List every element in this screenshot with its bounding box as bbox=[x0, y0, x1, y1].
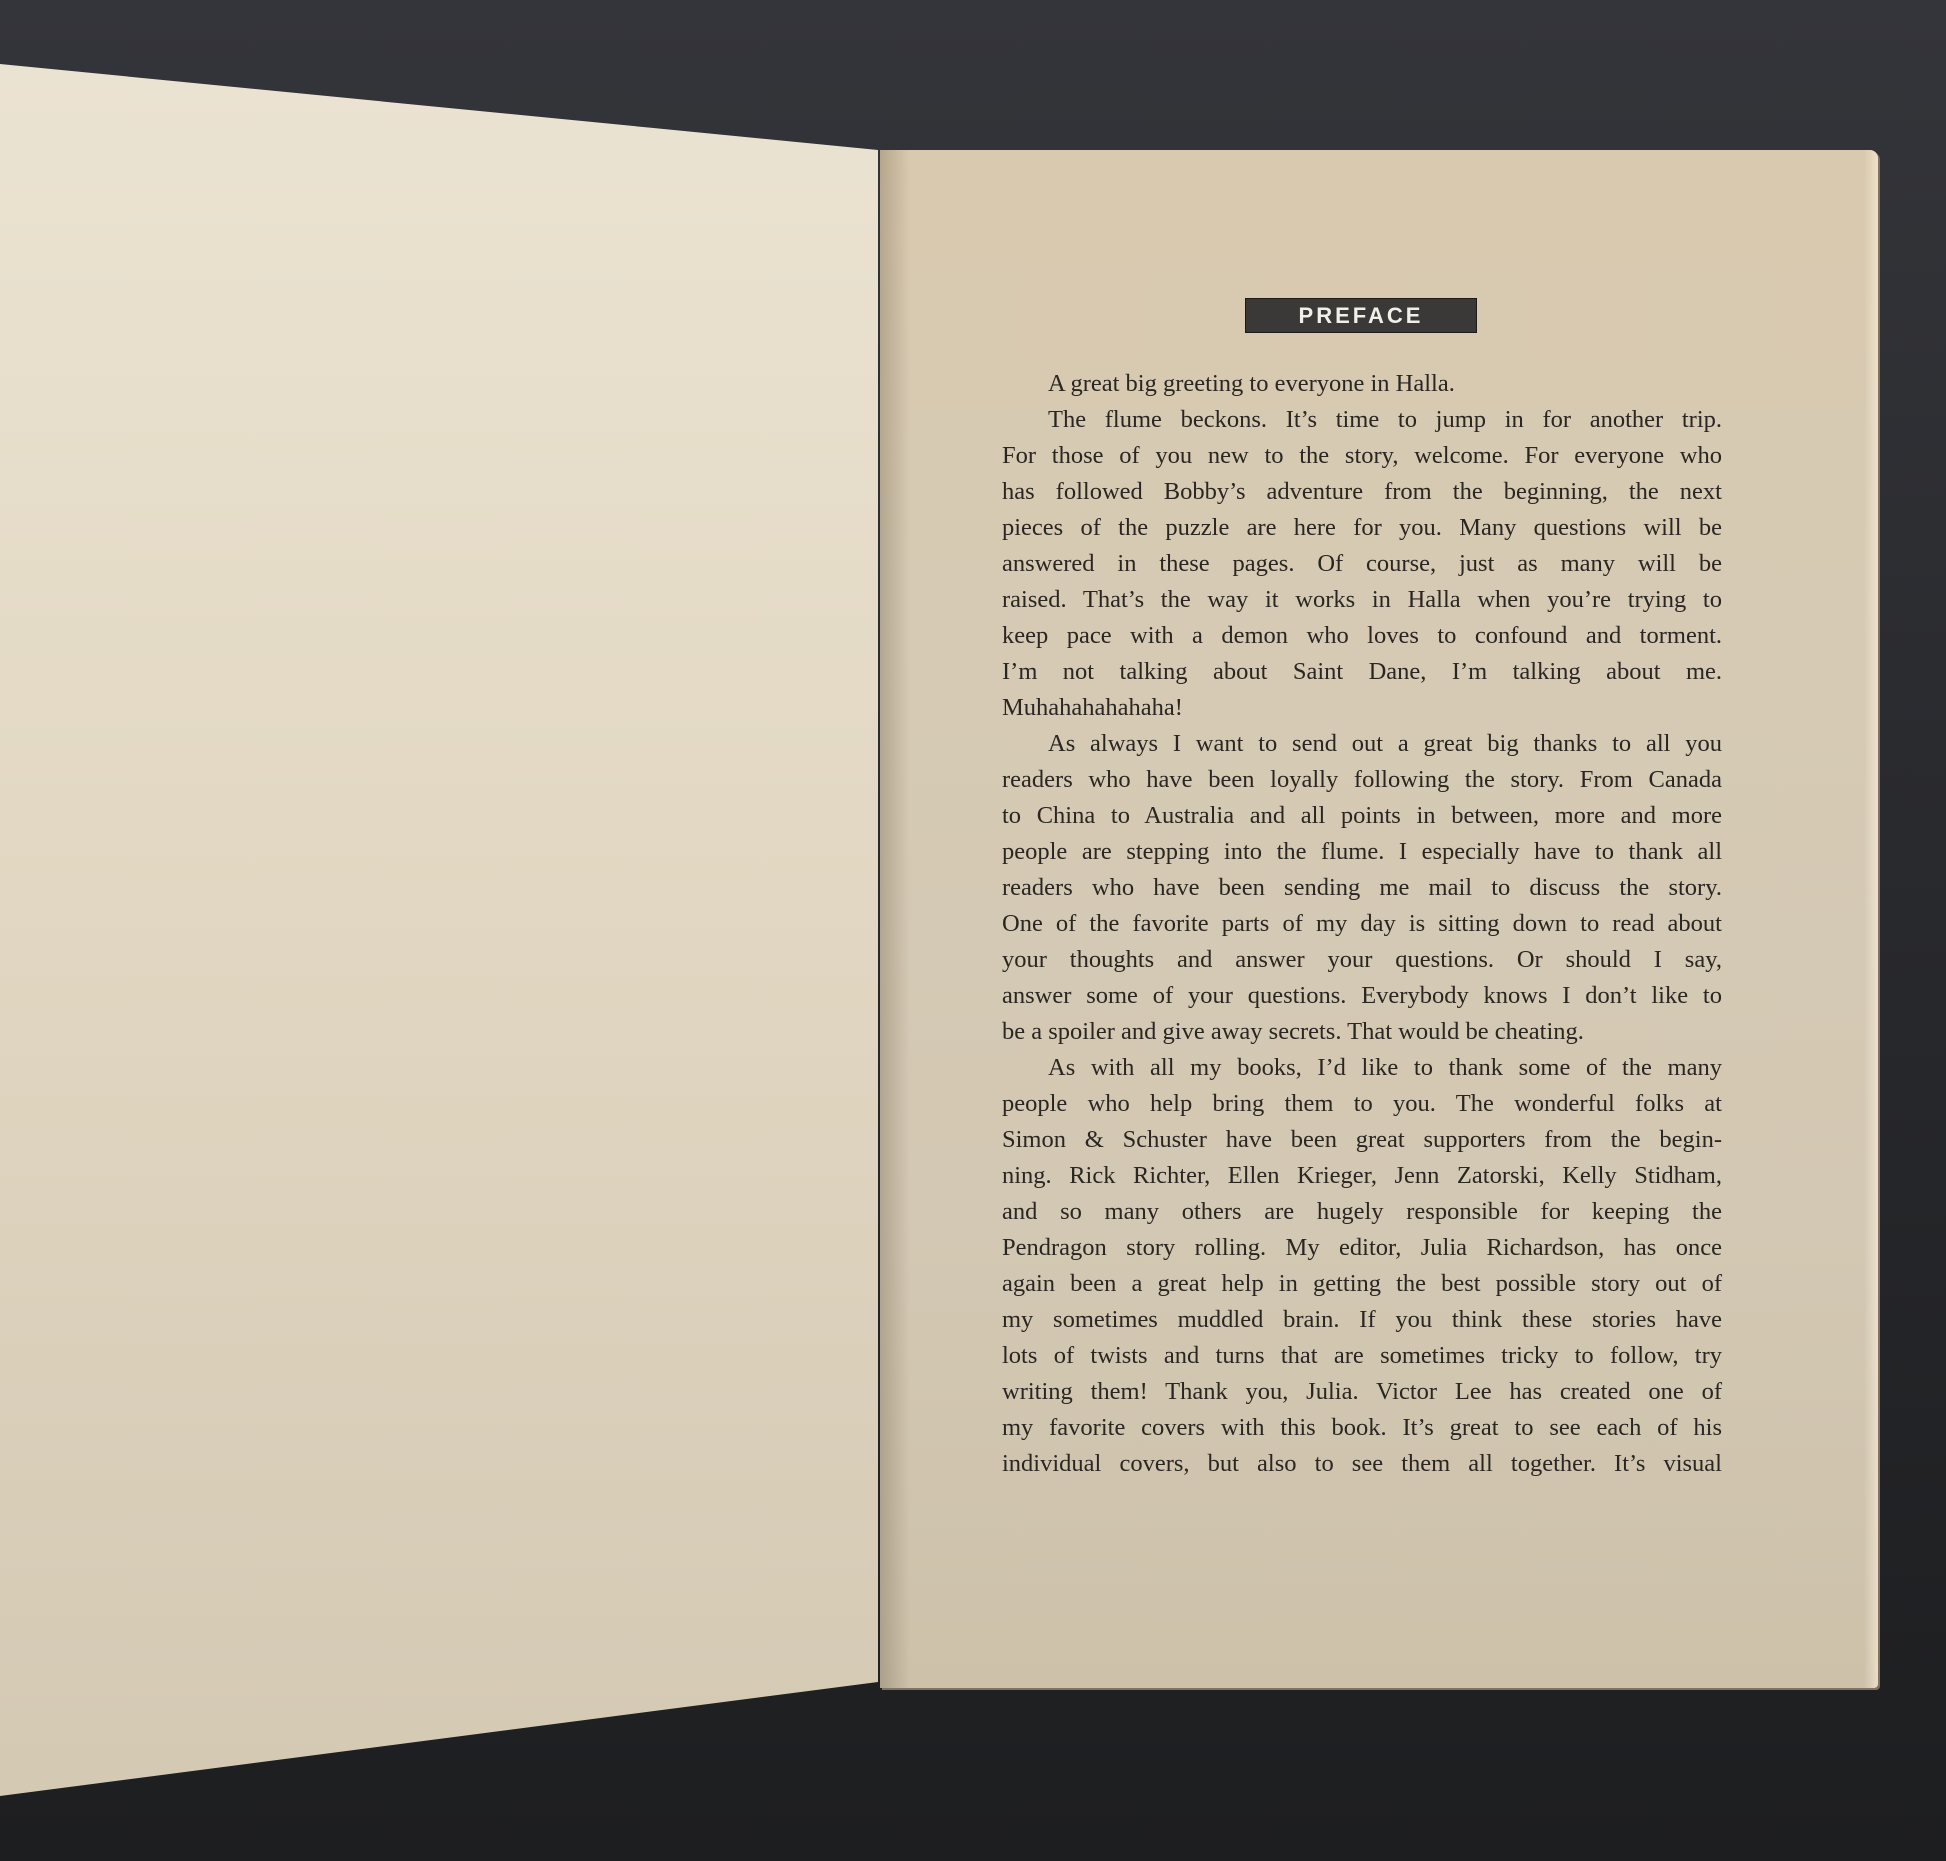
text-line: As with all my books, I’d like to thank … bbox=[1002, 1050, 1722, 1086]
text-line: raised. That’s the way it works in Halla… bbox=[1002, 582, 1722, 618]
text-line: my favorite covers with this book. It’s … bbox=[1002, 1410, 1722, 1446]
preface-body-text: A great big greeting to everyone in Hall… bbox=[1002, 366, 1722, 1482]
text-line: be a spoiler and give away secrets. That… bbox=[1002, 1014, 1722, 1050]
text-line: people who help bring them to you. The w… bbox=[1002, 1086, 1722, 1122]
text-line: readers who have been sending me mail to… bbox=[1002, 870, 1722, 906]
text-line: pieces of the puzzle are here for you. M… bbox=[1002, 510, 1722, 546]
preface-heading-label: PREFACE bbox=[1299, 303, 1424, 329]
text-line: As always I want to send out a great big… bbox=[1002, 726, 1722, 762]
text-line: ning. Rick Richter, Ellen Krieger, Jenn … bbox=[1002, 1158, 1722, 1194]
text-line: has followed Bobby’s adventure from the … bbox=[1002, 474, 1722, 510]
text-line: Simon & Schuster have been great support… bbox=[1002, 1122, 1722, 1158]
text-line: For those of you new to the story, welco… bbox=[1002, 438, 1722, 474]
text-line: I’m not talking about Saint Dane, I’m ta… bbox=[1002, 654, 1722, 690]
text-line: Muhahahahahaha! bbox=[1002, 690, 1722, 726]
text-line: to China to Australia and all points in … bbox=[1002, 798, 1722, 834]
text-line: Pendragon story rolling. My editor, Juli… bbox=[1002, 1230, 1722, 1266]
text-line: The flume beckons. It’s time to jump in … bbox=[1002, 402, 1722, 438]
text-line: keep pace with a demon who loves to conf… bbox=[1002, 618, 1722, 654]
text-line: answered in these pages. Of course, just… bbox=[1002, 546, 1722, 582]
text-line: your thoughts and answer your questions.… bbox=[1002, 942, 1722, 978]
text-line: writing them! Thank you, Julia. Victor L… bbox=[1002, 1374, 1722, 1410]
text-line: answer some of your questions. Everybody… bbox=[1002, 978, 1722, 1014]
text-line: and so many others are hugely responsibl… bbox=[1002, 1194, 1722, 1230]
text-line: One of the favorite parts of my day is s… bbox=[1002, 906, 1722, 942]
text-line: A great big greeting to everyone in Hall… bbox=[1002, 366, 1722, 402]
text-line: again been a great help in getting the b… bbox=[1002, 1266, 1722, 1302]
text-line: individual covers, but also to see them … bbox=[1002, 1446, 1722, 1482]
text-line: people are stepping into the flume. I es… bbox=[1002, 834, 1722, 870]
book-photo: PREFACE A great big greeting to everyone… bbox=[0, 0, 1946, 1861]
text-line: readers who have been loyally following … bbox=[1002, 762, 1722, 798]
text-line: my sometimes muddled brain. If you think… bbox=[1002, 1302, 1722, 1338]
preface-heading: PREFACE bbox=[1245, 298, 1477, 333]
text-line: lots of twists and turns that are someti… bbox=[1002, 1338, 1722, 1374]
